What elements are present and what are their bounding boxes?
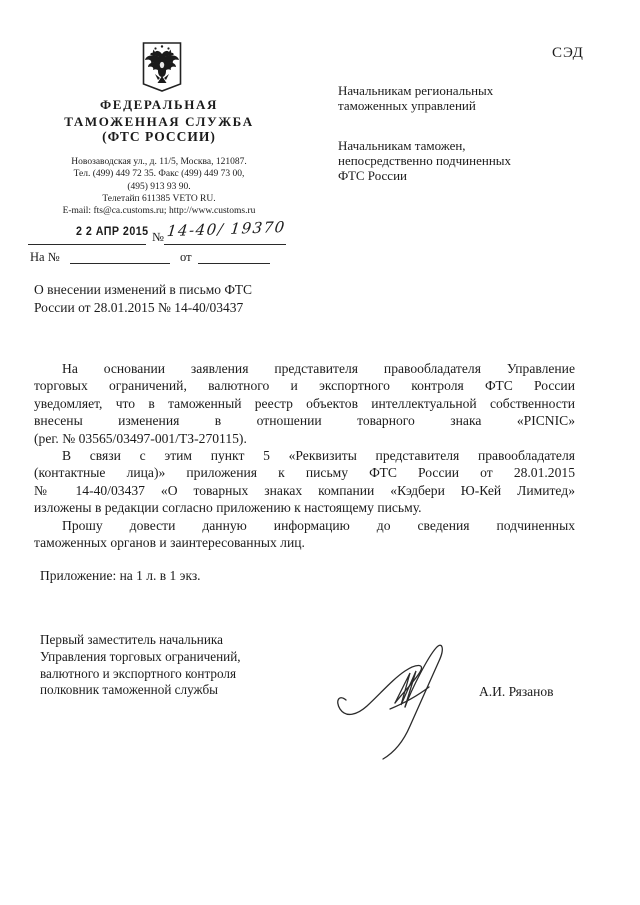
recipient-line: Начальникам региональных (338, 83, 590, 98)
reply-date-underline (198, 250, 270, 264)
attachment-note: Приложение: на 1 л. в 1 экз. (40, 568, 201, 584)
address-line: Телетайп 611385 VETO RU. (28, 193, 290, 205)
number-underline (164, 231, 286, 245)
body-line: (контактные лица)» приложения к письму Ф… (34, 464, 575, 481)
reply-from-label: от (180, 250, 192, 265)
letter-body: На основании заявления представителя пра… (34, 360, 575, 551)
number-sign: № (152, 230, 164, 245)
signer-position-line: полковник таможенной службы (40, 682, 312, 699)
body-line: таможенных органов и заинтересованных ли… (34, 534, 575, 551)
signer-position-line: Управления торговых ограничений, (40, 649, 312, 666)
subject-line1: О внесении изменений в письмо ФТС (34, 281, 296, 299)
reply-to-label: На № (30, 250, 60, 265)
reply-number-underline (70, 250, 170, 264)
signer-position: Первый заместитель начальника Управления… (40, 632, 312, 699)
signer-position-line: валютного и экспортного контроля (40, 666, 312, 683)
signer-name: А.И. Рязанов (479, 684, 554, 700)
org-title-line2: ТАМОЖЕННАЯ СЛУЖБА (40, 113, 278, 130)
body-line: На основании заявления представителя пра… (34, 360, 575, 377)
recipient-line: Начальникам таможен, (338, 138, 590, 153)
body-line: уведомляет, что в таможенный реестр объе… (34, 395, 575, 412)
subject-line2: России от 28.01.2015 № 14-40/03437 (34, 299, 296, 317)
signer-position-line: Первый заместитель начальника (40, 632, 312, 649)
body-line: (рег. № 03565/03497-001/ТЗ-270115). (34, 430, 575, 447)
subject-block: О внесении изменений в письмо ФТС России… (34, 281, 296, 316)
recipient-line: непосредственно подчиненных (338, 153, 590, 168)
address-line: Новозаводская ул., д. 11/5, Москва, 1210… (28, 156, 290, 168)
body-line: В связи с этим пункт 5 «Реквизиты предст… (34, 447, 575, 464)
org-title: ФЕДЕРАЛЬНАЯ ТАМОЖЕННАЯ СЛУЖБА (40, 96, 278, 130)
body-line: № 14-40/03437 «О товарных знаках компани… (34, 482, 575, 499)
org-short-name: (ФТС РОССИИ) (40, 129, 278, 145)
recipients-block-1: Начальникам региональных таможенных упра… (338, 83, 590, 113)
handwritten-signature-icon (332, 618, 482, 768)
sed-label: СЭД (552, 45, 584, 62)
org-title-line1: ФЕДЕРАЛЬНАЯ (40, 96, 278, 113)
russia-coat-of-arms-icon (141, 41, 183, 93)
recipients-block-2: Начальникам таможен, непосредственно под… (338, 138, 590, 183)
letterhead-address: Новозаводская ул., д. 11/5, Москва, 1210… (28, 156, 290, 217)
body-line: внесены изменения в отношении товарного … (34, 412, 575, 429)
recipient-line: таможенных управлений (338, 98, 590, 113)
date-stamp: 2 2 АПР 2015 (76, 226, 149, 238)
address-line: Тел. (499) 449 72 35. Факс (499) 449 73 … (28, 168, 290, 180)
body-line: торговых ограничений, валютного и экспор… (34, 377, 575, 394)
address-line: E-mail: fts@ca.customs.ru; http://www.cu… (28, 205, 290, 217)
address-line: (495) 913 93 90. (28, 181, 290, 193)
body-line: Прошу довести данную информацию до сведе… (34, 517, 575, 534)
recipient-line: ФТС России (338, 168, 590, 183)
body-line: изложены в редакции согласно приложению … (34, 499, 575, 516)
scanned-letter-page: СЭД ФЕДЕРАЛЬНАЯ ТАМОЖЕННАЯ СЛУЖБА (ФТС Р… (0, 0, 640, 905)
